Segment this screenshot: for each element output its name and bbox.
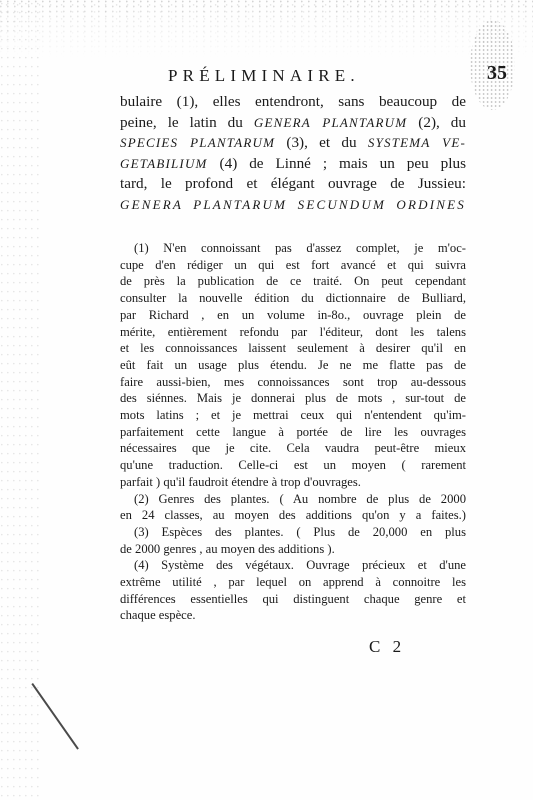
latin-title: GETABILIUM: [120, 156, 208, 171]
footnote-1-line: cupe d'en rédiger un qui est fort avancé…: [120, 257, 466, 274]
footnote-1-line: de près la publication de ce traité. On …: [120, 273, 466, 290]
latin-title: SPECIES PLANTARUM: [120, 135, 275, 150]
footnote-1-line: eût fait un usage plus étendu. Je ne me …: [120, 357, 466, 374]
footnote-4-line: chaque espèce.: [120, 607, 466, 624]
footnote-1-line: par Richard , en un volume in-8o., ouvra…: [120, 307, 466, 324]
footnotes: (1) N'en connoissant pas d'assez complet…: [120, 240, 466, 624]
footnote-1-line: nécessaires que je cite. Cela vaudra peu…: [120, 440, 466, 457]
body-line: GETABILIUM (4) de Linné ; mais un peu pl…: [120, 154, 466, 175]
footnote-1-line: parfait ) qu'il faudroit étendre à trop …: [120, 474, 466, 491]
footnote-1-line: des siénnes. Mais je donnerai plus de mo…: [120, 390, 466, 407]
footnote-2-line: en 24 classes, au moyen des additions qu…: [120, 507, 466, 524]
footnote-4-line: différences essentielles qui distinguent…: [120, 591, 466, 608]
body-text: bulaire (1), elles entendront, sans beau…: [120, 92, 466, 216]
footnote-1-line: mérite, entièrement refondu par l'éditeu…: [120, 324, 466, 341]
footnote-1-line: (1) N'en connoissant pas d'assez complet…: [120, 240, 466, 257]
footnote-1-line: et les connoissances laissent seulement …: [120, 340, 466, 357]
body-line: tard, le profond et élégant ouvrage de J…: [120, 174, 466, 195]
latin-title: SYSTEMA VE-: [368, 135, 466, 150]
footnote-4-line: (4) Système des végétaux. Ouvrage précie…: [120, 557, 466, 574]
scan-speckle-top: [0, 0, 533, 60]
footnote-1-line: faire aussi-bien, mes connoissances sont…: [120, 374, 466, 391]
latin-title: GENERA PLANTARUM SECUNDUM ORDINES: [120, 197, 466, 212]
footnote-1-line: mots latins ; et je mettrai ceux qui n'e…: [120, 407, 466, 424]
footnote-3-line: (3) Espèces des plantes. ( Plus de 20,00…: [120, 524, 466, 541]
footnote-2-line: (2) Genres des plantes. ( Au nombre de p…: [120, 491, 466, 508]
running-head: PRÉLIMINAIRE.: [168, 66, 360, 86]
book-page: PRÉLIMINAIRE. 35 bulaire (1), elles ente…: [0, 0, 533, 800]
page-number: 35: [487, 62, 507, 85]
body-line: peine, le latin du GENERA PLANTARUM (2),…: [120, 113, 466, 134]
body-line: bulaire (1), elles entendront, sans beau…: [120, 92, 466, 113]
signature-mark: C 2: [369, 637, 405, 657]
footnote-1-line: qu'une traduction. Celle-ci est un moyen…: [120, 457, 466, 474]
body-line: SPECIES PLANTARUM (3), et du SYSTEMA VE-: [120, 133, 466, 154]
footnote-4-line: extrême utilité , par lequel on apprend …: [120, 574, 466, 591]
footnote-1-line: consulter la nouvelle édition du diction…: [120, 290, 466, 307]
latin-title: GENERA PLANTARUM: [254, 115, 407, 130]
body-line: GENERA PLANTARUM SECUNDUM ORDINES: [120, 195, 466, 216]
footnote-3-line: de 2000 genres , au moyen des additions …: [120, 541, 466, 558]
footnote-1-line: parfaitement cette langue à portée de li…: [120, 424, 466, 441]
scan-speckle-left: [0, 0, 40, 800]
